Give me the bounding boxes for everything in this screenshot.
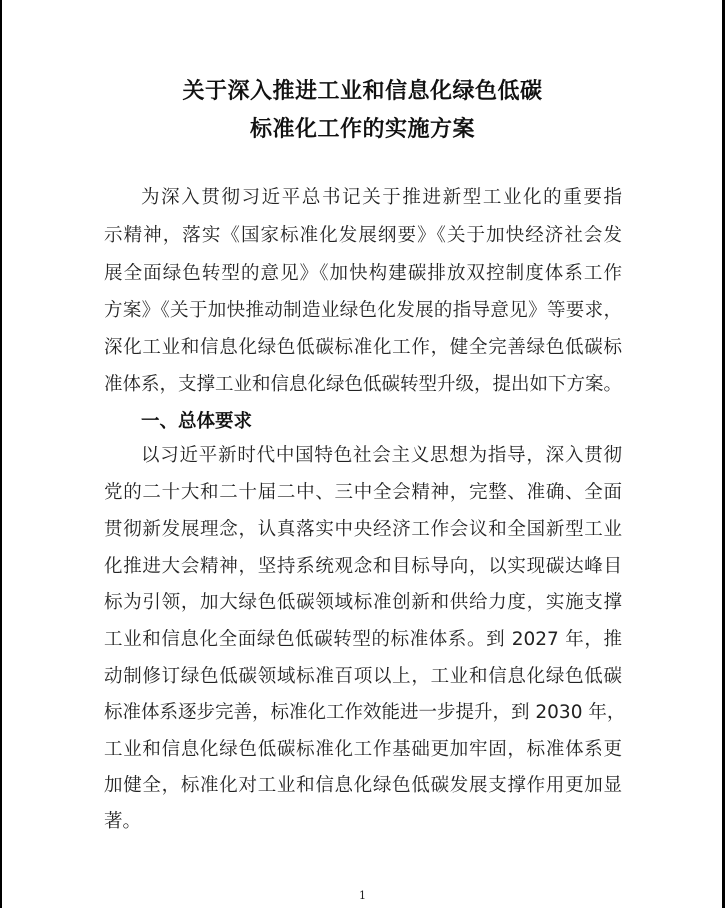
intro-paragraph-line: 方案》《关于加快推动制造业绿色化发展的指导意见》等要求，	[104, 299, 622, 323]
section1-paragraph-line: 工业和信息化绿色低碳标准化工作基础更加牢固，标准体系更	[104, 738, 622, 762]
intro-paragraph-line: 深化工业和信息化绿色低碳标准化工作，健全完善绿色低碳标	[104, 336, 622, 360]
section1-paragraph-line: 标准体系逐步完善，标准化工作效能进一步提升，到 2030 年，	[104, 701, 622, 725]
section1-paragraph-line: 化推进大会精神，坚持系统观念和目标导向，以实现碳达峰目	[104, 555, 622, 579]
intro-paragraph-line: 准体系，支撑工业和信息化绿色低碳转型升级，提出如下方案。	[104, 373, 622, 397]
section1-paragraph-line: 加健全，标准化对工业和信息化绿色低碳发展支撑作用更加显	[104, 774, 622, 798]
section1-paragraph-line: 工业和信息化全面绿色低碳转型的标准体系。到 2027 年，推	[104, 628, 622, 652]
document-page: 关于深入推进工业和信息化绿色低碳 标准化工作的实施方案 为深入贯彻习近平总书记关…	[0, 0, 725, 908]
section1-paragraph-line: 标为引领，加大绿色低碳领域标准创新和供给力度，实施支撑	[104, 591, 622, 615]
section1-paragraph-line: 贯彻新发展理念，认真落实中央经济工作会议和全国新型工业	[104, 518, 622, 542]
section1-paragraph-line: 著。	[104, 810, 622, 834]
page-number: 1	[0, 889, 725, 902]
intro-paragraph-line: 示精神，落实《国家标准化发展纲要》《关于加快经济社会发	[104, 224, 622, 248]
document-title-line-2: 标准化工作的实施方案	[0, 112, 725, 143]
section1-paragraph-line: 党的二十大和二十届二中、三中全会精神，完整、准确、全面	[104, 481, 622, 505]
section1-paragraph-line: 动制修订绿色低碳领域标准百项以上，工业和信息化绿色低碳	[104, 665, 622, 689]
intro-paragraph-line: 为深入贯彻习近平总书记关于推进新型工业化的重要指	[141, 186, 622, 210]
intro-paragraph-line: 展全面绿色转型的意见》《加快构建碳排放双控制度体系工作	[104, 262, 622, 286]
document-title-line-1: 关于深入推进工业和信息化绿色低碳	[0, 74, 725, 105]
section-heading-general-requirements: 一、总体要求	[141, 410, 252, 434]
section1-paragraph-line: 以习近平新时代中国特色社会主义思想为指导，深入贯彻	[141, 444, 622, 468]
